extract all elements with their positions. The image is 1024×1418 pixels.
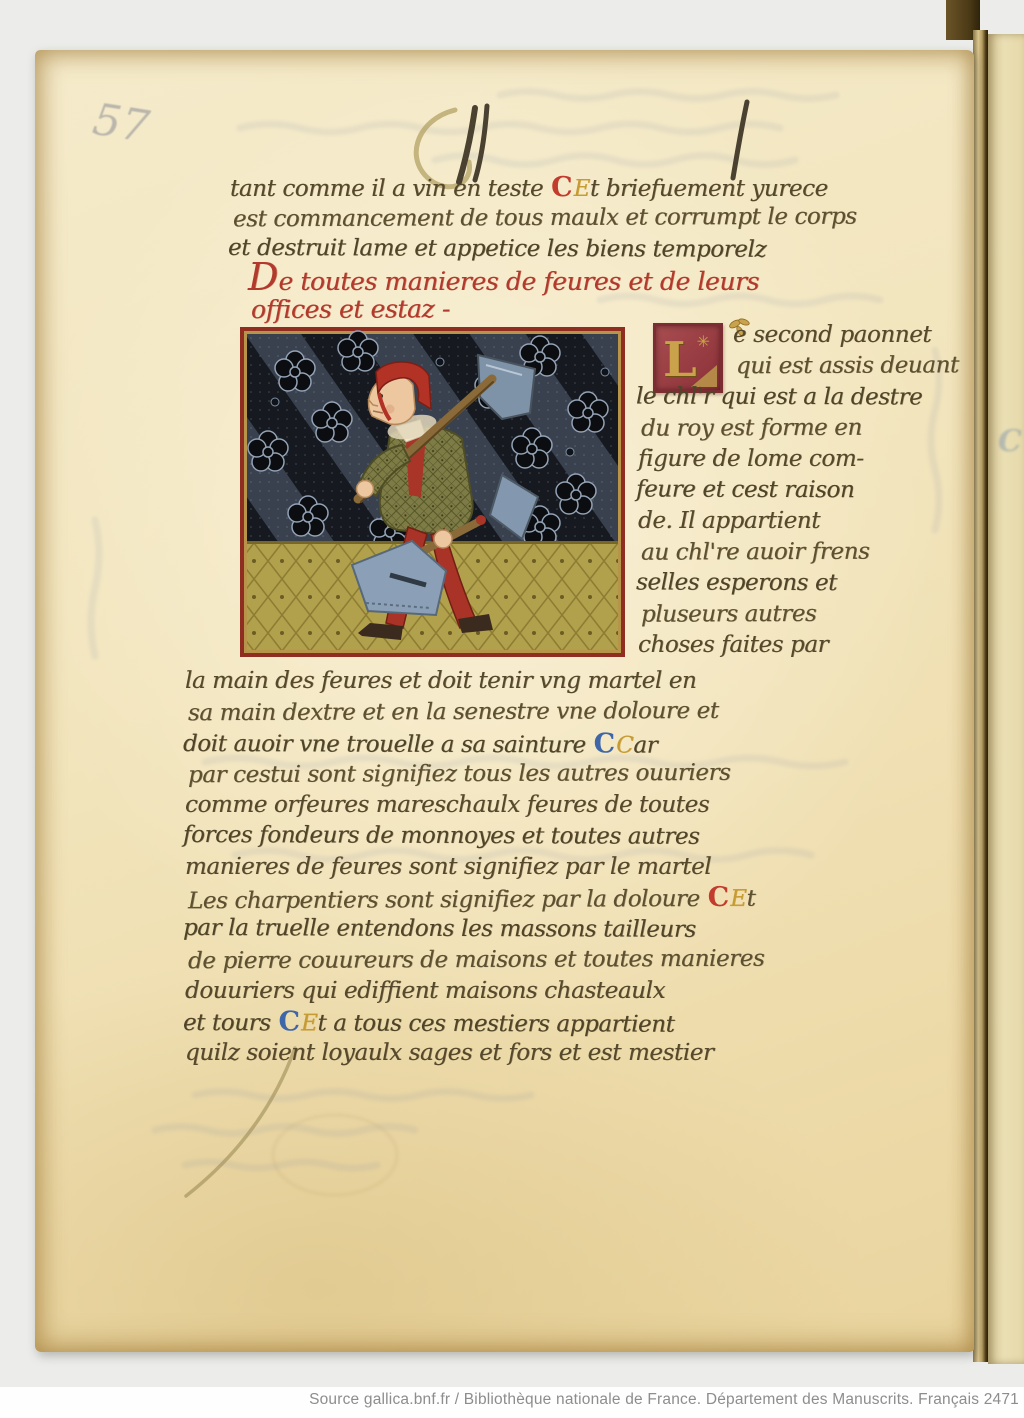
source-bar: Source gallica.bnf.fr / Bibliothèque nat… <box>0 1387 1024 1418</box>
text-line: quilz soient loyaulx sages et fors et es… <box>185 1038 761 1069</box>
text-line: et tours CEt a tous ces mestiers apparti… <box>183 1006 759 1039</box>
pilcrow-mark: C <box>707 882 731 913</box>
text-line: le chl'r qui est a la destre <box>636 381 954 413</box>
text-line: sa main dextre et en la senestre vne dol… <box>188 696 765 730</box>
text-line: doit auoir vne trouelle a sa sainture CC… <box>183 727 759 760</box>
pilcrow-mark: C <box>278 1006 302 1037</box>
text-line: de pierre couureurs de maisons et toutes… <box>188 944 765 978</box>
text-line: qui est assis deuant <box>641 350 959 382</box>
column-beside-miniature: e second paonnet qui est assis deuant le… <box>638 320 956 661</box>
text-line: selles esperons et <box>636 567 954 599</box>
gold-letter: E <box>730 886 747 912</box>
gold-letter: E <box>574 176 590 202</box>
text-line: choses faites par <box>638 630 956 661</box>
text-line: du roy est forme en <box>641 412 959 444</box>
text-line: la main des feures et doit tenir vng mar… <box>185 666 761 697</box>
text-line: de. Il appartient <box>638 506 956 537</box>
adjacent-page-edge: C <box>988 34 1024 1364</box>
rubric-heading: De toutes manieres de feures et de leurs… <box>248 262 759 324</box>
text-line: feure et cest raison <box>636 474 954 506</box>
gold-letter: E <box>301 1010 317 1036</box>
text-line: figure de lome com- <box>638 444 956 475</box>
pilcrow-mark: C <box>593 728 617 759</box>
text-line: manieres de feures sont signifiez par le… <box>185 852 761 883</box>
folio-number: 57 <box>89 94 152 153</box>
text-line: douuriers qui ediffient maisons chasteau… <box>185 976 761 1007</box>
text-line: tant comme il a vin en teste CEt briefue… <box>230 172 854 203</box>
manuscript-page: 57 tant comme il a vin en teste <box>35 50 974 1352</box>
text-line: par cestui sont signifiez tous les autre… <box>188 758 765 792</box>
text-line: Les charpentiers sont signifiez par la d… <box>188 882 765 916</box>
lower-paragraph: la main des feures et doit tenir vng mar… <box>185 666 761 1069</box>
text-line: par la truelle entendons les massons tai… <box>183 913 759 946</box>
text-line: e second paonnet <box>638 320 956 351</box>
text-line: comme orfeures mareschaulx feures de tou… <box>185 790 761 821</box>
text-line: au chl're auoir frens <box>641 536 959 568</box>
page-gutter <box>973 30 988 1362</box>
text-line: forces fondeurs de monnoyes et toutes au… <box>183 820 759 853</box>
text-line: est commancement de tous maulx et corrum… <box>233 202 857 236</box>
miniature-smith <box>240 327 625 657</box>
rubric-line: De toutes manieres de feures et de leurs <box>248 262 759 293</box>
opening-paragraph: tant comme il a vin en teste CEt briefue… <box>230 172 854 265</box>
text-line: pluseurs autres <box>641 598 959 630</box>
gold-letter: C <box>616 732 633 758</box>
showthrough-mark: C <box>998 424 1022 459</box>
pilcrow-mark: C <box>550 172 574 203</box>
source-attribution: Source gallica.bnf.fr / Bibliothèque nat… <box>309 1391 1019 1409</box>
